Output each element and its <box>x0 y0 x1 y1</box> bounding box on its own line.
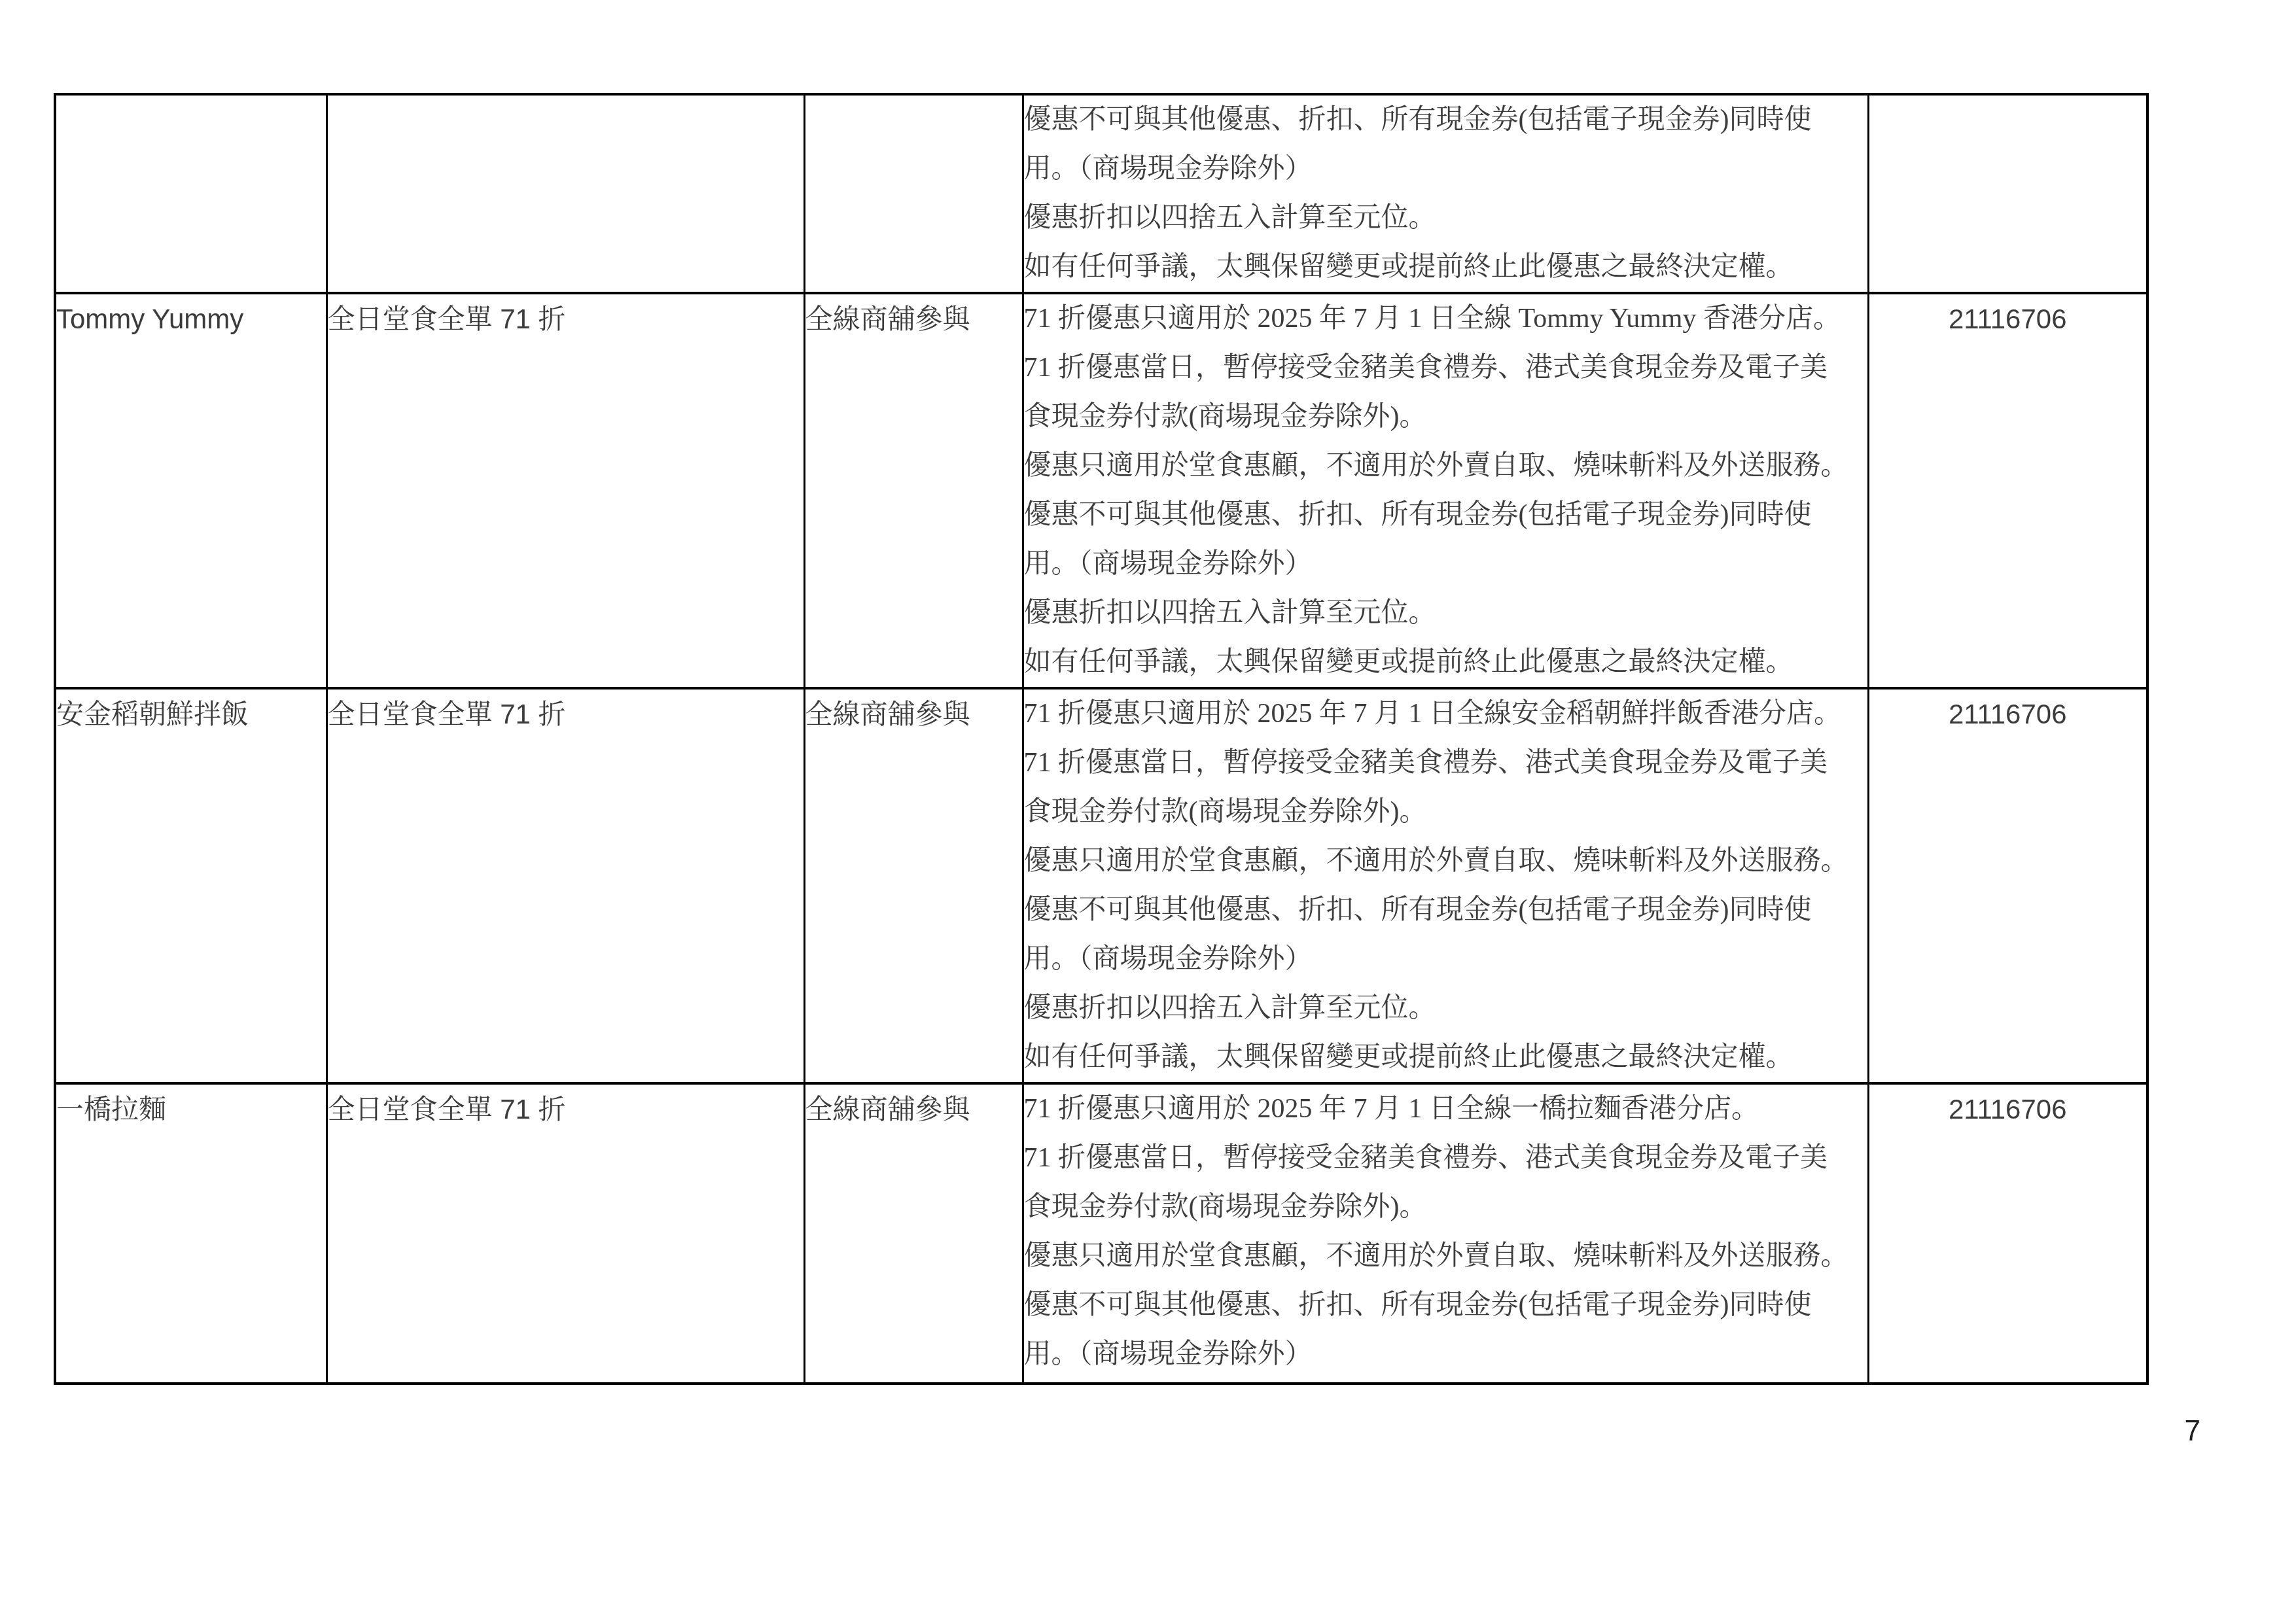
participation-cell <box>804 94 1023 293</box>
phone-cell <box>1868 94 2147 293</box>
table-row-ichibashi-ramen: 一橋拉麵 全日堂食全單 71 折 全線商舖參與 71 折優惠只適用於 2025 … <box>55 1083 2147 1384</box>
document-page: { "page": { "number": "7" }, "table": { … <box>0 0 2296 1623</box>
terms-cell: 71 折優惠只適用於 2025 年 7 月 1 日全線一橋拉麵香港分店。 71 … <box>1023 1083 1868 1384</box>
table-row-an-gold-rice: 安金稻朝鮮拌飯 全日堂食全單 71 折 全線商舖參與 71 折優惠只適用於 20… <box>55 688 2147 1083</box>
phone-cell: 21116706 <box>1868 688 2147 1083</box>
table-row-tommy-yummy: Tommy Yummy 全日堂食全單 71 折 全線商舖參與 71 折優惠只適用… <box>55 293 2147 688</box>
merchant-name-cell: 一橋拉麵 <box>55 1083 327 1384</box>
merchant-name-cell <box>55 94 327 293</box>
phone-cell: 21116706 <box>1868 293 2147 688</box>
page-number: 7 <box>2185 1417 2200 1446</box>
offer-cell: 全日堂食全單 71 折 <box>327 293 804 688</box>
merchant-name-cell: 安金稻朝鮮拌飯 <box>55 688 327 1083</box>
participation-cell: 全線商舖參與 <box>804 293 1023 688</box>
offer-cell: 全日堂食全單 71 折 <box>327 1083 804 1384</box>
merchant-name-cell: Tommy Yummy <box>55 293 327 688</box>
offers-table: 優惠不可與其他優惠、折扣、所有現金券(包括電子現金券)同時使 用。（商場現金券除… <box>54 93 2149 1385</box>
offer-cell <box>327 94 804 293</box>
table-row-continuation: 優惠不可與其他優惠、折扣、所有現金券(包括電子現金券)同時使 用。（商場現金券除… <box>55 94 2147 293</box>
terms-cell: 71 折優惠只適用於 2025 年 7 月 1 日全線 Tommy Yummy … <box>1023 293 1868 688</box>
terms-cell: 71 折優惠只適用於 2025 年 7 月 1 日全線安金稻朝鮮拌飯香港分店。 … <box>1023 688 1868 1083</box>
phone-cell: 21116706 <box>1868 1083 2147 1384</box>
terms-cell: 優惠不可與其他優惠、折扣、所有現金券(包括電子現金券)同時使 用。（商場現金券除… <box>1023 94 1868 293</box>
offer-cell: 全日堂食全單 71 折 <box>327 688 804 1083</box>
participation-cell: 全線商舖參與 <box>804 1083 1023 1384</box>
participation-cell: 全線商舖參與 <box>804 688 1023 1083</box>
